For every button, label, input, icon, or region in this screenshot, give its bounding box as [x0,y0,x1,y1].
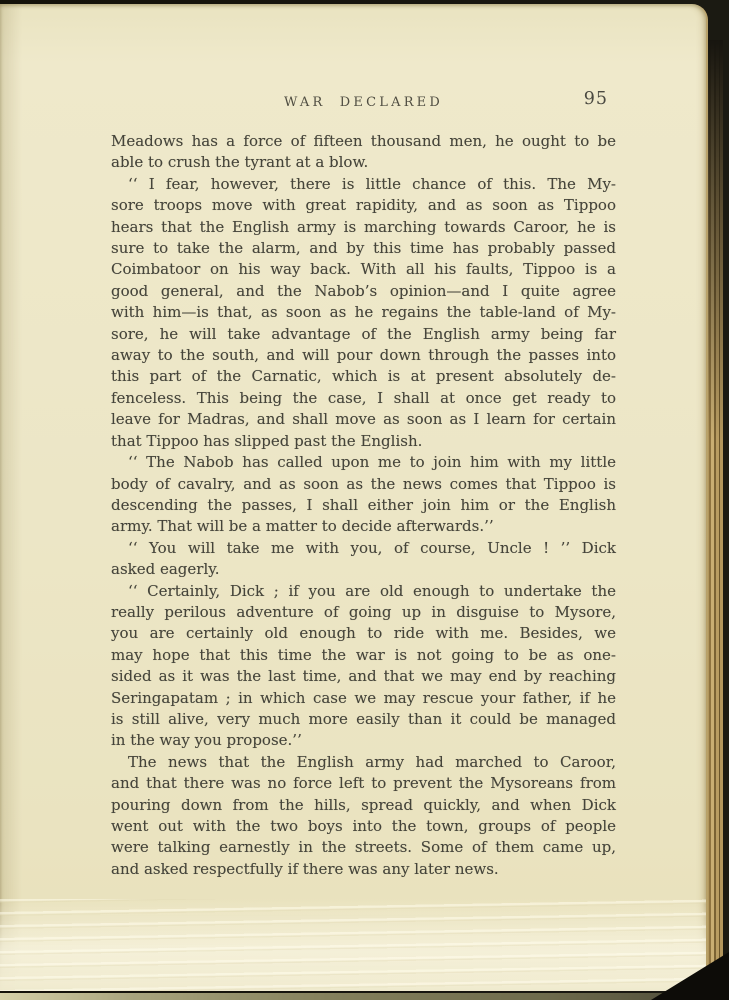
text-line: pouring down from the hills, spread quic… [111,795,616,816]
text-line: this part of the Carnatic, which is at p… [111,366,616,387]
text-line: Meadows has a force of fifteen thousand … [111,131,616,152]
running-header-title: WAR DECLARED [111,95,616,110]
text-line: ‘‘ I fear, however, there is little chan… [111,174,616,195]
running-header: WAR DECLARED 95 [111,92,616,114]
text-line: body of cavalry, and as soon as the news… [111,474,616,495]
text-line: you are certainly old enough to ride wit… [111,623,616,644]
book-bottom-edge [0,993,729,1000]
text-line: ‘‘ The Nabob has called upon me to join … [111,452,616,473]
text-line: leave for Madras, and shall move as soon… [111,409,616,430]
text-line: with him—is that, as soon as he regains … [111,302,616,323]
text-line: is still alive, very much more easily th… [111,709,616,730]
text-line: sure to take the alarm, and by this time… [111,238,616,259]
text-line: ‘‘ You will take me with you, of course,… [111,538,616,559]
text-line: hears that the English army is marching … [111,217,616,238]
text-line: in the way you propose.’’ [111,730,616,751]
text-line: that Tippoo has slipped past the English… [111,431,616,452]
text-line: went out with the two boys into the town… [111,816,616,837]
text-line: Seringapatam ; in which case we may resc… [111,688,616,709]
text-line: sided as it was the last time, and that … [111,666,616,687]
book-page: WAR DECLARED 95 Meadows has a force of f… [0,4,708,991]
body-text: Meadows has a force of fifteen thousand … [111,131,616,880]
text-line: asked eagerly. [111,559,616,580]
page-stack-bands [0,899,706,991]
book-scan: WAR DECLARED 95 Meadows has a force of f… [0,0,729,1000]
text-line: descending the passes, I shall either jo… [111,495,616,516]
text-line: fenceless. This being the case, I shall … [111,388,616,409]
page-number: 95 [584,89,608,109]
text-line: army. That will be a matter to decide af… [111,516,616,537]
text-line: were talking earnestly in the streets. S… [111,837,616,858]
text-line: sore, he will take advantage of the Engl… [111,324,616,345]
text-line: Coimbatoor on his way back. With all his… [111,259,616,280]
text-line: good general, and the Nabob’s opinion—an… [111,281,616,302]
text-line: ‘‘ Certainly, Dick ; if you are old enou… [111,581,616,602]
text-line: and that there was no force left to prev… [111,773,616,794]
text-line: really perilous adventure of going up in… [111,602,616,623]
text-line: may hope that this time the war is not g… [111,645,616,666]
text-line: The news that the English army had march… [111,752,616,773]
text-line: away to the south, and will pour down th… [111,345,616,366]
text-line: sore troops move with great rapidity, an… [111,195,616,216]
text-line: able to crush the tyrant at a blow. [111,152,616,173]
text-line: and asked respectfully if there was any … [111,859,616,880]
